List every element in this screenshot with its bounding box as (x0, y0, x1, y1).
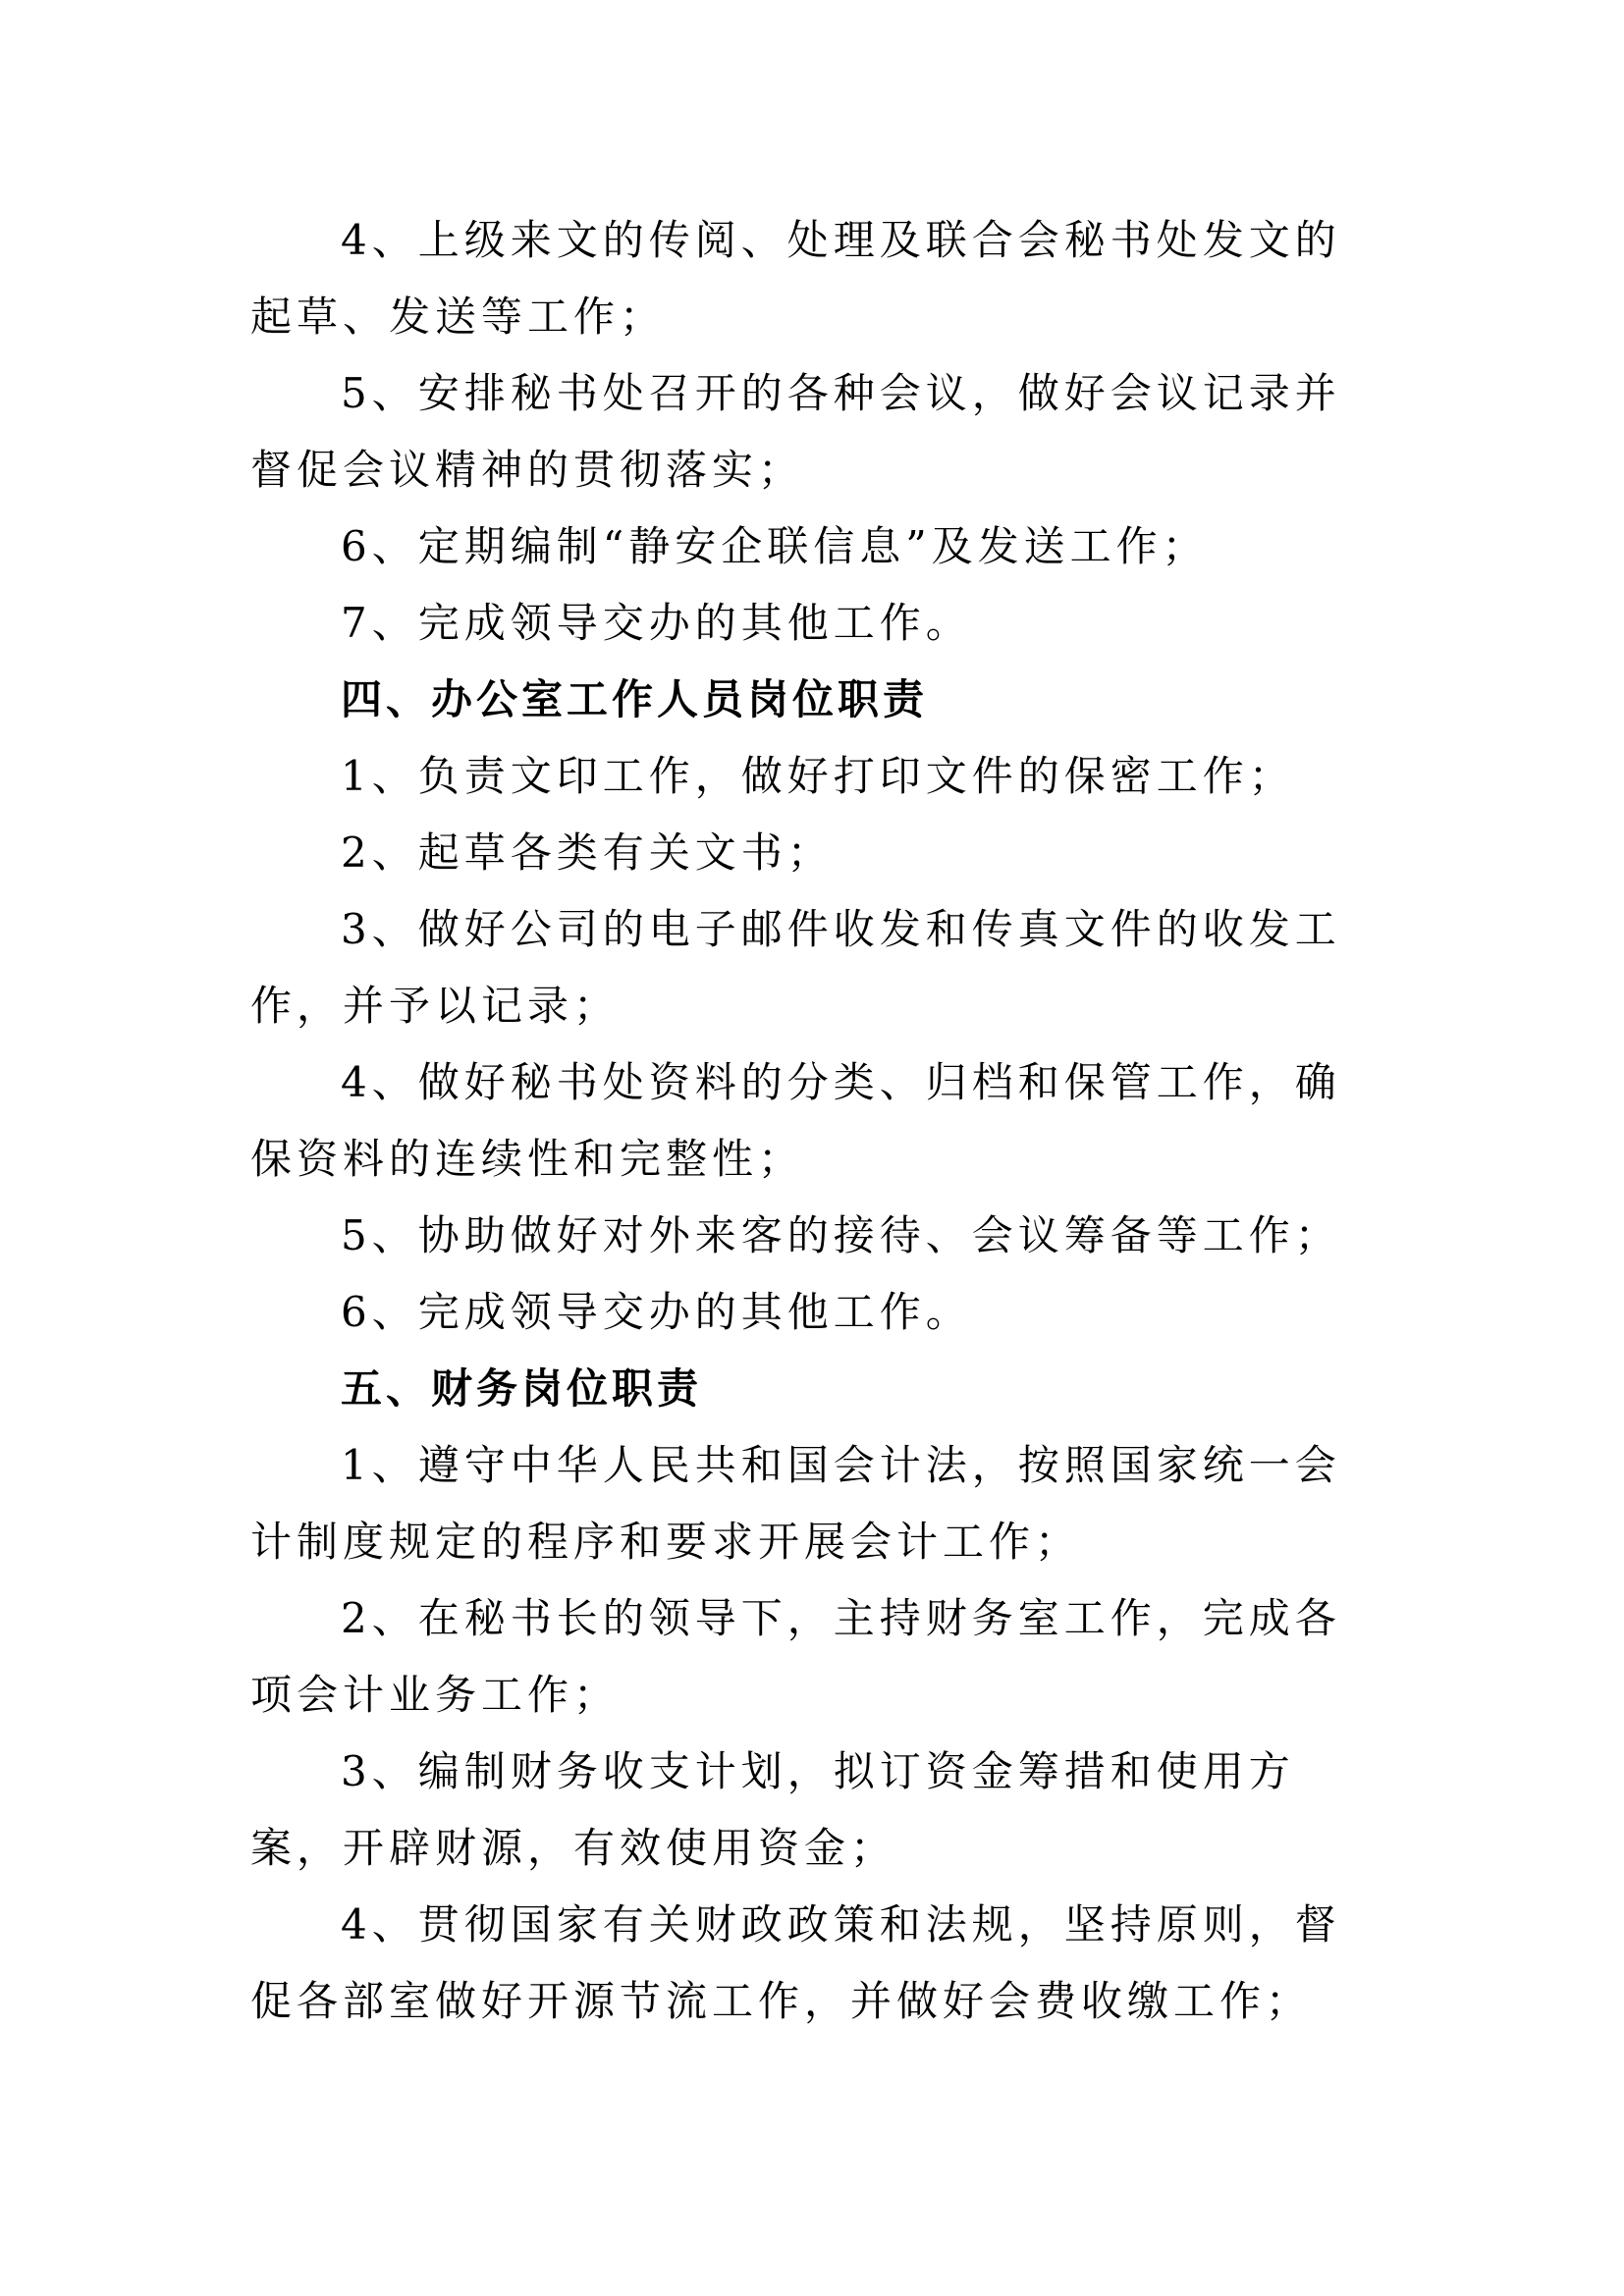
section-heading-text: 四、办公室工作人员岗位职责 (250, 662, 1340, 738)
paragraph-line: 促各部室做好开源节流工作，并做好会费收缴工作； (250, 1963, 1340, 2040)
paragraph-line: 4、贯彻国家有关财政政策和法规，坚持原则，督 (250, 1887, 1340, 1963)
document-body: 4、上级来文的传阅、处理及联合会秘书处发文的 起草、发送等工作； 5、安排秘书处… (250, 202, 1340, 2040)
paragraph-line: 5、安排秘书处召开的各种会议，做好会议记录并 (250, 355, 1340, 432)
paragraph-line: 督促会议精神的贯彻落实； (250, 432, 1340, 508)
paragraph-item-1-office: 1、负责文印工作，做好打印文件的保密工作； (250, 738, 1340, 815)
paragraph-line: 1、负责文印工作，做好打印文件的保密工作； (250, 738, 1340, 815)
paragraph-item-4-office: 4、做好秘书处资料的分类、归档和保管工作，确 保资料的连续性和完整性； (250, 1044, 1340, 1198)
paragraph-line: 4、上级来文的传阅、处理及联合会秘书处发文的 (250, 202, 1340, 279)
paragraph-line: 5、协助做好对外来客的接待、会议筹备等工作； (250, 1198, 1340, 1274)
paragraph-line: 4、做好秘书处资料的分类、归档和保管工作，确 (250, 1044, 1340, 1121)
paragraph-line: 7、完成领导交办的其他工作。 (250, 585, 1340, 662)
paragraph-item-7-secretariat: 7、完成领导交办的其他工作。 (250, 585, 1340, 662)
paragraph-item-6-secretariat: 6、定期编制“静安企联信息”及发送工作； (250, 508, 1340, 585)
paragraph-item-1-finance: 1、遵守中华人民共和国会计法，按照国家统一会 计制度规定的程序和要求开展会计工作… (250, 1427, 1340, 1580)
document-page: 4、上级来文的传阅、处理及联合会秘书处发文的 起草、发送等工作； 5、安排秘书处… (0, 0, 1624, 2296)
paragraph-item-2-office: 2、起草各类有关文书； (250, 815, 1340, 891)
paragraph-line: 2、在秘书长的领导下，主持财务室工作，完成各 (250, 1580, 1340, 1657)
paragraph-item-5-office: 5、协助做好对外来客的接待、会议筹备等工作； (250, 1198, 1340, 1274)
paragraph-line: 保资料的连续性和完整性； (250, 1121, 1340, 1198)
paragraph-line: 3、编制财务收支计划，拟订资金筹措和使用方 (250, 1734, 1340, 1810)
paragraph-item-4-finance: 4、贯彻国家有关财政政策和法规，坚持原则，督 促各部室做好开源节流工作，并做好会… (250, 1887, 1340, 2040)
section-heading-text: 五、财务岗位职责 (250, 1351, 1340, 1427)
paragraph-line: 1、遵守中华人民共和国会计法，按照国家统一会 (250, 1427, 1340, 1504)
paragraph-item-5-secretariat: 5、安排秘书处召开的各种会议，做好会议记录并 督促会议精神的贯彻落实； (250, 355, 1340, 508)
paragraph-item-6-office: 6、完成领导交办的其他工作。 (250, 1274, 1340, 1351)
paragraph-item-4-secretariat: 4、上级来文的传阅、处理及联合会秘书处发文的 起草、发送等工作； (250, 202, 1340, 355)
paragraph-line: 项会计业务工作； (250, 1657, 1340, 1734)
paragraph-line: 2、起草各类有关文书； (250, 815, 1340, 891)
paragraph-line: 3、做好公司的电子邮件收发和传真文件的收发工 (250, 891, 1340, 968)
paragraph-line: 计制度规定的程序和要求开展会计工作； (250, 1504, 1340, 1580)
paragraph-item-3-finance: 3、编制财务收支计划，拟订资金筹措和使用方 案，开辟财源，有效使用资金； (250, 1734, 1340, 1887)
paragraph-line: 6、完成领导交办的其他工作。 (250, 1274, 1340, 1351)
paragraph-line: 6、定期编制“静安企联信息”及发送工作； (250, 508, 1340, 585)
paragraph-line: 起草、发送等工作； (250, 279, 1340, 355)
paragraph-line: 案，开辟财源，有效使用资金； (250, 1810, 1340, 1887)
section-heading-office-staff: 四、办公室工作人员岗位职责 (250, 662, 1340, 738)
paragraph-line: 作，并予以记录； (250, 968, 1340, 1044)
section-heading-finance: 五、财务岗位职责 (250, 1351, 1340, 1427)
paragraph-item-3-office: 3、做好公司的电子邮件收发和传真文件的收发工 作，并予以记录； (250, 891, 1340, 1044)
paragraph-item-2-finance: 2、在秘书长的领导下，主持财务室工作，完成各 项会计业务工作； (250, 1580, 1340, 1734)
